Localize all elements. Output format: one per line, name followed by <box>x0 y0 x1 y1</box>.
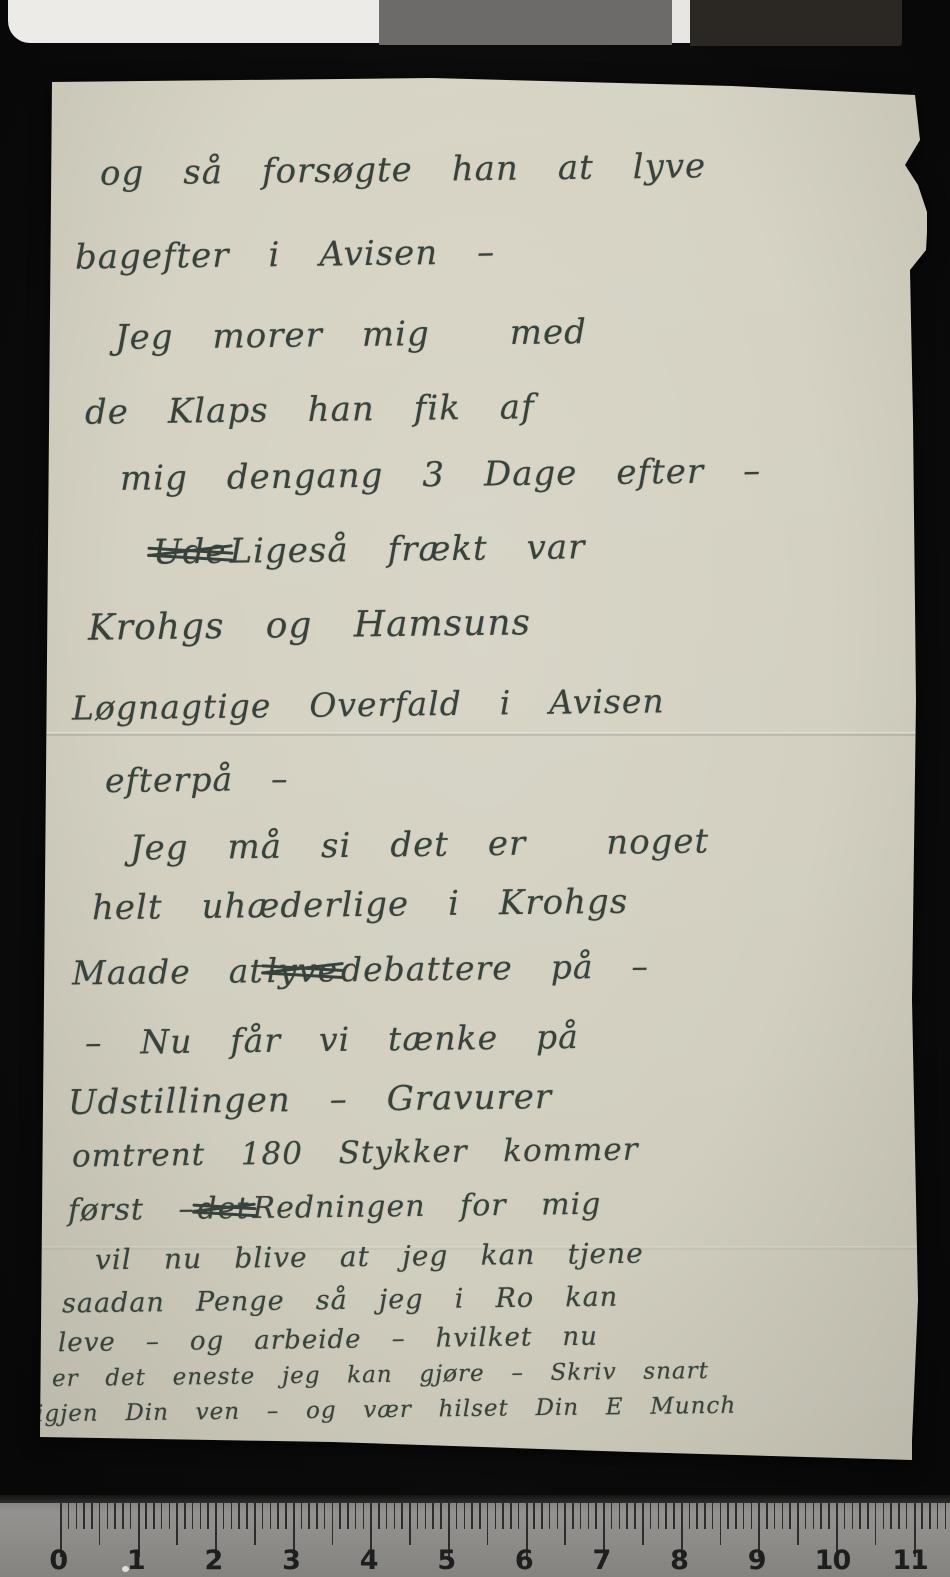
ruler-tick <box>626 1503 628 1529</box>
calibration-white-sliver <box>672 0 690 43</box>
letter-paper: og så forsøgte han at lyvebagefter i Avi… <box>32 74 927 1469</box>
ruler-tick <box>417 1503 419 1529</box>
ruler-tick <box>720 1503 722 1545</box>
ruler-tick <box>580 1503 582 1529</box>
ruler-number: 9 <box>748 1545 766 1576</box>
letter-line: og så forsøgte han at lyve <box>100 146 707 193</box>
ruler-tick <box>782 1503 784 1529</box>
ruler-tick <box>99 1503 101 1545</box>
letter-line: Jeg må si det ernoget <box>130 821 710 868</box>
ruler-tick <box>844 1503 846 1529</box>
ruler-tick <box>557 1503 559 1529</box>
ruler-tick <box>107 1503 109 1529</box>
ruler-tick <box>867 1503 869 1529</box>
ruler-number: 4 <box>360 1545 378 1576</box>
ruler-tick <box>595 1503 597 1529</box>
ruler-tick <box>270 1503 272 1529</box>
line-segment: Løgnagtige Overfald i Avisen <box>72 681 665 727</box>
ruler-tick <box>91 1503 93 1529</box>
letter-line: helt uhæderlige i Krohgs <box>92 882 629 929</box>
ruler-tick <box>929 1503 931 1529</box>
line-segment: Krohgs og Hamsuns <box>88 602 531 648</box>
ruler-tick <box>727 1503 729 1529</box>
letter-line: bagefter i Avisen – <box>75 232 496 277</box>
ruler-tick <box>689 1503 691 1529</box>
photographed-letter-scene: og så forsøgte han at lyvebagefter i Avi… <box>0 0 950 1577</box>
letter-line: Jeg morer migmed <box>115 312 587 358</box>
ruler-tick <box>394 1503 396 1529</box>
ruler-tick <box>153 1503 155 1529</box>
ruler-tick <box>169 1503 171 1529</box>
ruler-tick <box>161 1503 163 1529</box>
ruler-tick <box>665 1503 667 1529</box>
ruler-tick <box>673 1503 675 1529</box>
struck-word: Ude <box>150 532 230 573</box>
calibration-grey-patch <box>379 0 672 45</box>
ruler-tick <box>207 1503 209 1529</box>
ruler-tick <box>386 1503 388 1529</box>
letter-line: saadan Penge så jeg i Ro kan <box>62 1282 618 1320</box>
line-segment: Redningen for mig <box>252 1187 601 1226</box>
ruler-tick <box>797 1503 799 1545</box>
ruler-tick <box>541 1503 543 1529</box>
ruler-tick <box>223 1503 225 1529</box>
ruler-top-edge <box>0 1495 950 1503</box>
ruler-tick <box>510 1503 512 1529</box>
line-segment: Jeg må si det er <box>130 824 527 869</box>
line-segment: helt uhæderlige i Krohgs <box>92 882 629 929</box>
letter-paper-wrap: og så forsøgte han at lyvebagefter i Avi… <box>32 74 927 1469</box>
ruler-tick <box>432 1503 434 1529</box>
letter-line: de Klaps han fik af <box>85 387 535 432</box>
ruler-tick <box>611 1503 613 1529</box>
ruler-tick <box>875 1503 877 1545</box>
letter-line: – Nu får vi tænke på <box>85 1017 579 1062</box>
line-segment: – Nu får vi tænke på <box>85 1017 579 1062</box>
line-segment: Udstillingen – Gravurer <box>68 1077 553 1123</box>
line-segment: Ligeså frækt var <box>229 527 585 571</box>
ruler-number: 3 <box>282 1545 300 1576</box>
ruler-tick <box>301 1503 303 1529</box>
letter-line: leve – og arbeide – hvilket nu <box>58 1322 598 1359</box>
ruler-tick <box>425 1503 427 1529</box>
ruler-tick <box>533 1503 535 1529</box>
ruler-tick <box>774 1503 776 1529</box>
ruler-tick <box>937 1503 939 1529</box>
ruler-tick <box>130 1503 132 1529</box>
letter-line: Maade at lyve debattere på – <box>72 946 649 992</box>
ruler-tick <box>883 1503 885 1529</box>
ruler-tick <box>906 1503 908 1529</box>
ruler-tick <box>820 1503 822 1529</box>
ruler-tick <box>828 1503 830 1529</box>
ruler-tick <box>696 1503 698 1529</box>
ruler-tick <box>262 1503 264 1529</box>
ruler-tick <box>502 1503 504 1529</box>
ruler-tick <box>464 1503 466 1529</box>
ruler-tick <box>789 1503 791 1529</box>
ruler-tick <box>324 1503 326 1529</box>
ruler-tick <box>68 1503 70 1529</box>
letter-line: er det eneste jeg kan gjøre – Skriv snar… <box>52 1358 709 1392</box>
ruler-number: 6 <box>515 1545 533 1576</box>
ruler-tick <box>456 1503 458 1529</box>
line-segment: mig dengang 3 Dage efter – <box>120 451 762 499</box>
ruler-tick <box>704 1503 706 1529</box>
ruler-tick <box>642 1503 644 1545</box>
calibration-white-patch <box>8 0 379 43</box>
ruler-tick <box>518 1503 520 1529</box>
ruler-tick <box>200 1503 202 1529</box>
ruler-tick <box>114 1503 116 1529</box>
ruler-tick <box>246 1503 248 1529</box>
ruler-tick <box>308 1503 310 1529</box>
ruler-tick <box>254 1503 256 1545</box>
ruler-tick <box>471 1503 473 1529</box>
ruler-tick <box>83 1503 85 1529</box>
ruler-number: 2 <box>205 1545 223 1576</box>
ruler-tick <box>231 1503 233 1529</box>
ruler-tick <box>363 1503 365 1529</box>
ruler-tick <box>852 1503 854 1529</box>
ruler-tick <box>743 1503 745 1529</box>
ruler-tick <box>564 1503 566 1545</box>
ruler-tick <box>588 1503 590 1529</box>
ruler-number: 7 <box>593 1545 611 1576</box>
ruler-tick <box>145 1503 147 1529</box>
ruler-number: 11 <box>892 1545 928 1576</box>
ruler-tick <box>277 1503 279 1529</box>
letter-line: først – det Redningen for mig <box>68 1187 602 1229</box>
line-segment: og så forsøgte han at lyve <box>100 146 707 193</box>
line-segment: først – <box>68 1192 195 1229</box>
line-segment: Jeg morer mig <box>115 314 430 358</box>
letter-line: Udstillingen – Gravurer <box>68 1077 553 1123</box>
ruler-tick <box>440 1503 442 1529</box>
ruler-number: 5 <box>437 1545 455 1576</box>
ruler-tick <box>921 1503 923 1529</box>
line-segment: igjen Din ven – og vær hilset Din E Munc… <box>36 1393 736 1428</box>
ruler-tick <box>122 1503 124 1529</box>
ruler-number: 10 <box>815 1545 851 1576</box>
ruler-tick <box>658 1503 660 1529</box>
ruler-tick <box>634 1503 636 1529</box>
ruler-tick <box>945 1503 947 1529</box>
ruler-tick <box>751 1503 753 1529</box>
ruler-tick <box>355 1503 357 1529</box>
line-segment: bagefter i Avisen – <box>75 232 496 277</box>
calibration-dark-patch <box>690 0 902 46</box>
ruler-number: 0 <box>49 1545 67 1576</box>
line-segment: vil nu blive at jeg kan tjene <box>95 1237 644 1277</box>
struck-word: det <box>194 1191 252 1227</box>
letter-line: Ude Ligeså frækt var <box>150 527 586 572</box>
letter-line: Løgnagtige Overfald i Avisen <box>72 681 665 727</box>
ruler-tick <box>238 1503 240 1529</box>
ruler-tick <box>184 1503 186 1529</box>
ruler-tick <box>859 1503 861 1529</box>
ruler-tick <box>650 1503 652 1529</box>
ruler-tick <box>316 1503 318 1529</box>
ruler-tick <box>890 1503 892 1529</box>
ruler-tick <box>76 1503 78 1529</box>
ruler-tick <box>813 1503 815 1529</box>
fold-crease <box>32 732 927 736</box>
ruler-tick <box>712 1503 714 1529</box>
letter-line: mig dengang 3 Dage efter – <box>120 451 762 499</box>
line-segment: noget <box>606 821 709 862</box>
centimeter-ruler: 01234567891011 <box>0 1495 950 1577</box>
line-segment: debattere på – <box>341 946 649 989</box>
ruler-tick <box>487 1503 489 1545</box>
ruler-tick <box>766 1503 768 1529</box>
ruler-tick <box>176 1503 178 1545</box>
line-segment: er det eneste jeg kan gjøre – Skriv snar… <box>52 1358 709 1392</box>
ruler-tick <box>409 1503 411 1545</box>
ruler-tick <box>572 1503 574 1529</box>
ruler-number: 1 <box>127 1545 145 1576</box>
ruler-tick <box>495 1503 497 1529</box>
ruler-number: 8 <box>670 1545 688 1576</box>
ruler-tick <box>347 1503 349 1529</box>
letter-line: igjen Din ven – og vær hilset Din E Munc… <box>36 1393 736 1428</box>
ruler-tick <box>898 1503 900 1529</box>
ruler-tick <box>479 1503 481 1529</box>
ruler-tick <box>401 1503 403 1529</box>
paper-speck <box>122 1566 129 1572</box>
line-segment: Maade at <box>72 951 264 992</box>
ruler-tick <box>735 1503 737 1529</box>
ruler-tick <box>378 1503 380 1529</box>
line-segment: med <box>509 312 587 353</box>
ruler-tick <box>339 1503 341 1529</box>
letter-line: vil nu blive at jeg kan tjene <box>95 1237 644 1277</box>
ruler-tick <box>192 1503 194 1529</box>
ruler-tick <box>332 1503 334 1545</box>
ruler-tick <box>285 1503 287 1529</box>
line-segment: omtrent 180 Stykker kommer <box>72 1132 639 1175</box>
letter-line: omtrent 180 Stykker kommer <box>72 1132 639 1175</box>
struck-word: lyve <box>263 950 341 990</box>
ruler-tick <box>619 1503 621 1529</box>
letter-line: efterpå – <box>105 759 289 800</box>
ruler-tick <box>805 1503 807 1529</box>
line-segment: de Klaps han fik af <box>85 387 535 432</box>
letter-line: Krohgs og Hamsuns <box>88 602 531 648</box>
ruler-tick <box>549 1503 551 1529</box>
line-segment: efterpå – <box>105 759 289 800</box>
line-segment: leve – og arbeide – hvilket nu <box>58 1322 598 1359</box>
line-segment: saadan Penge så jeg i Ro kan <box>62 1282 618 1320</box>
